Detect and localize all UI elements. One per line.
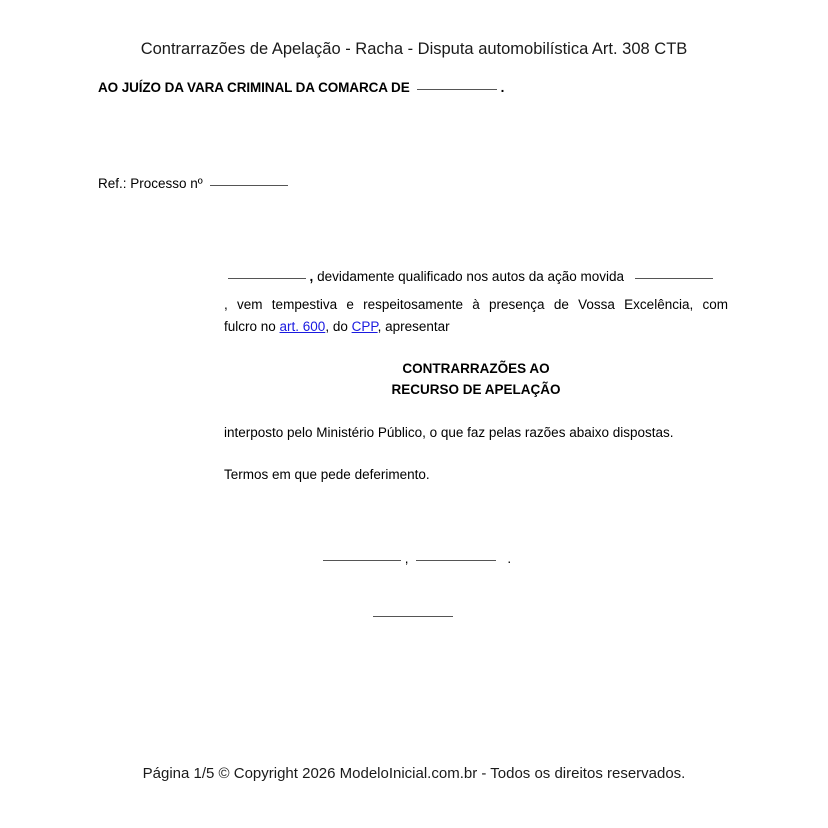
process-number-blank — [210, 184, 288, 186]
paragraph-party: , devidamente qualificado nos autos da a… — [224, 266, 728, 288]
paragraph2-middle: , do — [325, 319, 351, 334]
signature-blank — [373, 615, 453, 617]
place-blank — [323, 559, 401, 561]
page-footer: Página 1/5 © Copyright 2026 ModeloInicia… — [0, 765, 828, 782]
process-reference: Ref.: Processo nº — [98, 176, 288, 191]
page-header-title: Contrarrazões de Apelação - Racha - Disp… — [0, 40, 828, 59]
paragraph1-text: devidamente qualificado nos autos da açã… — [317, 269, 624, 284]
paragraph2-suffix: , apresentar — [378, 319, 450, 334]
place-date-comma: , — [405, 551, 409, 566]
reference-label: Ref.: Processo nº — [98, 176, 203, 191]
art-600-link[interactable]: art. 600 — [280, 319, 326, 334]
section-title-line2: RECURSO DE APELAÇÃO — [224, 379, 728, 400]
place-date-period: . — [507, 551, 511, 566]
cpp-link[interactable]: CPP — [352, 319, 378, 334]
section-title-line1: CONTRARRAZÕES AO — [224, 358, 728, 379]
party-name-blank — [228, 277, 306, 279]
place-date-line: , . — [323, 551, 511, 566]
paragraph2-line1: , vem tempestiva e respeitosamente à pre… — [224, 294, 728, 316]
comarca-blank — [417, 88, 497, 90]
date-blank — [416, 559, 496, 561]
party-comma: , — [310, 269, 314, 284]
court-heading: AO JUÍZO DA VARA CRIMINAL DA COMARCA DE … — [98, 80, 504, 95]
paragraph-appeal: interposto pelo Ministério Público, o qu… — [224, 422, 728, 444]
signature-line — [373, 606, 453, 624]
court-heading-end: . — [501, 80, 505, 95]
court-heading-text: AO JUÍZO DA VARA CRIMINAL DA COMARCA DE — [98, 80, 410, 95]
paragraph-closing: Termos em que pede deferimento. — [224, 464, 728, 486]
paragraph-foundation: , vem tempestiva e respeitosamente à pre… — [224, 294, 728, 338]
paragraph2-prefix: fulcro no — [224, 319, 280, 334]
section-title: CONTRARRAZÕES AO RECURSO DE APELAÇÃO — [224, 358, 728, 400]
opponent-blank — [635, 277, 713, 279]
